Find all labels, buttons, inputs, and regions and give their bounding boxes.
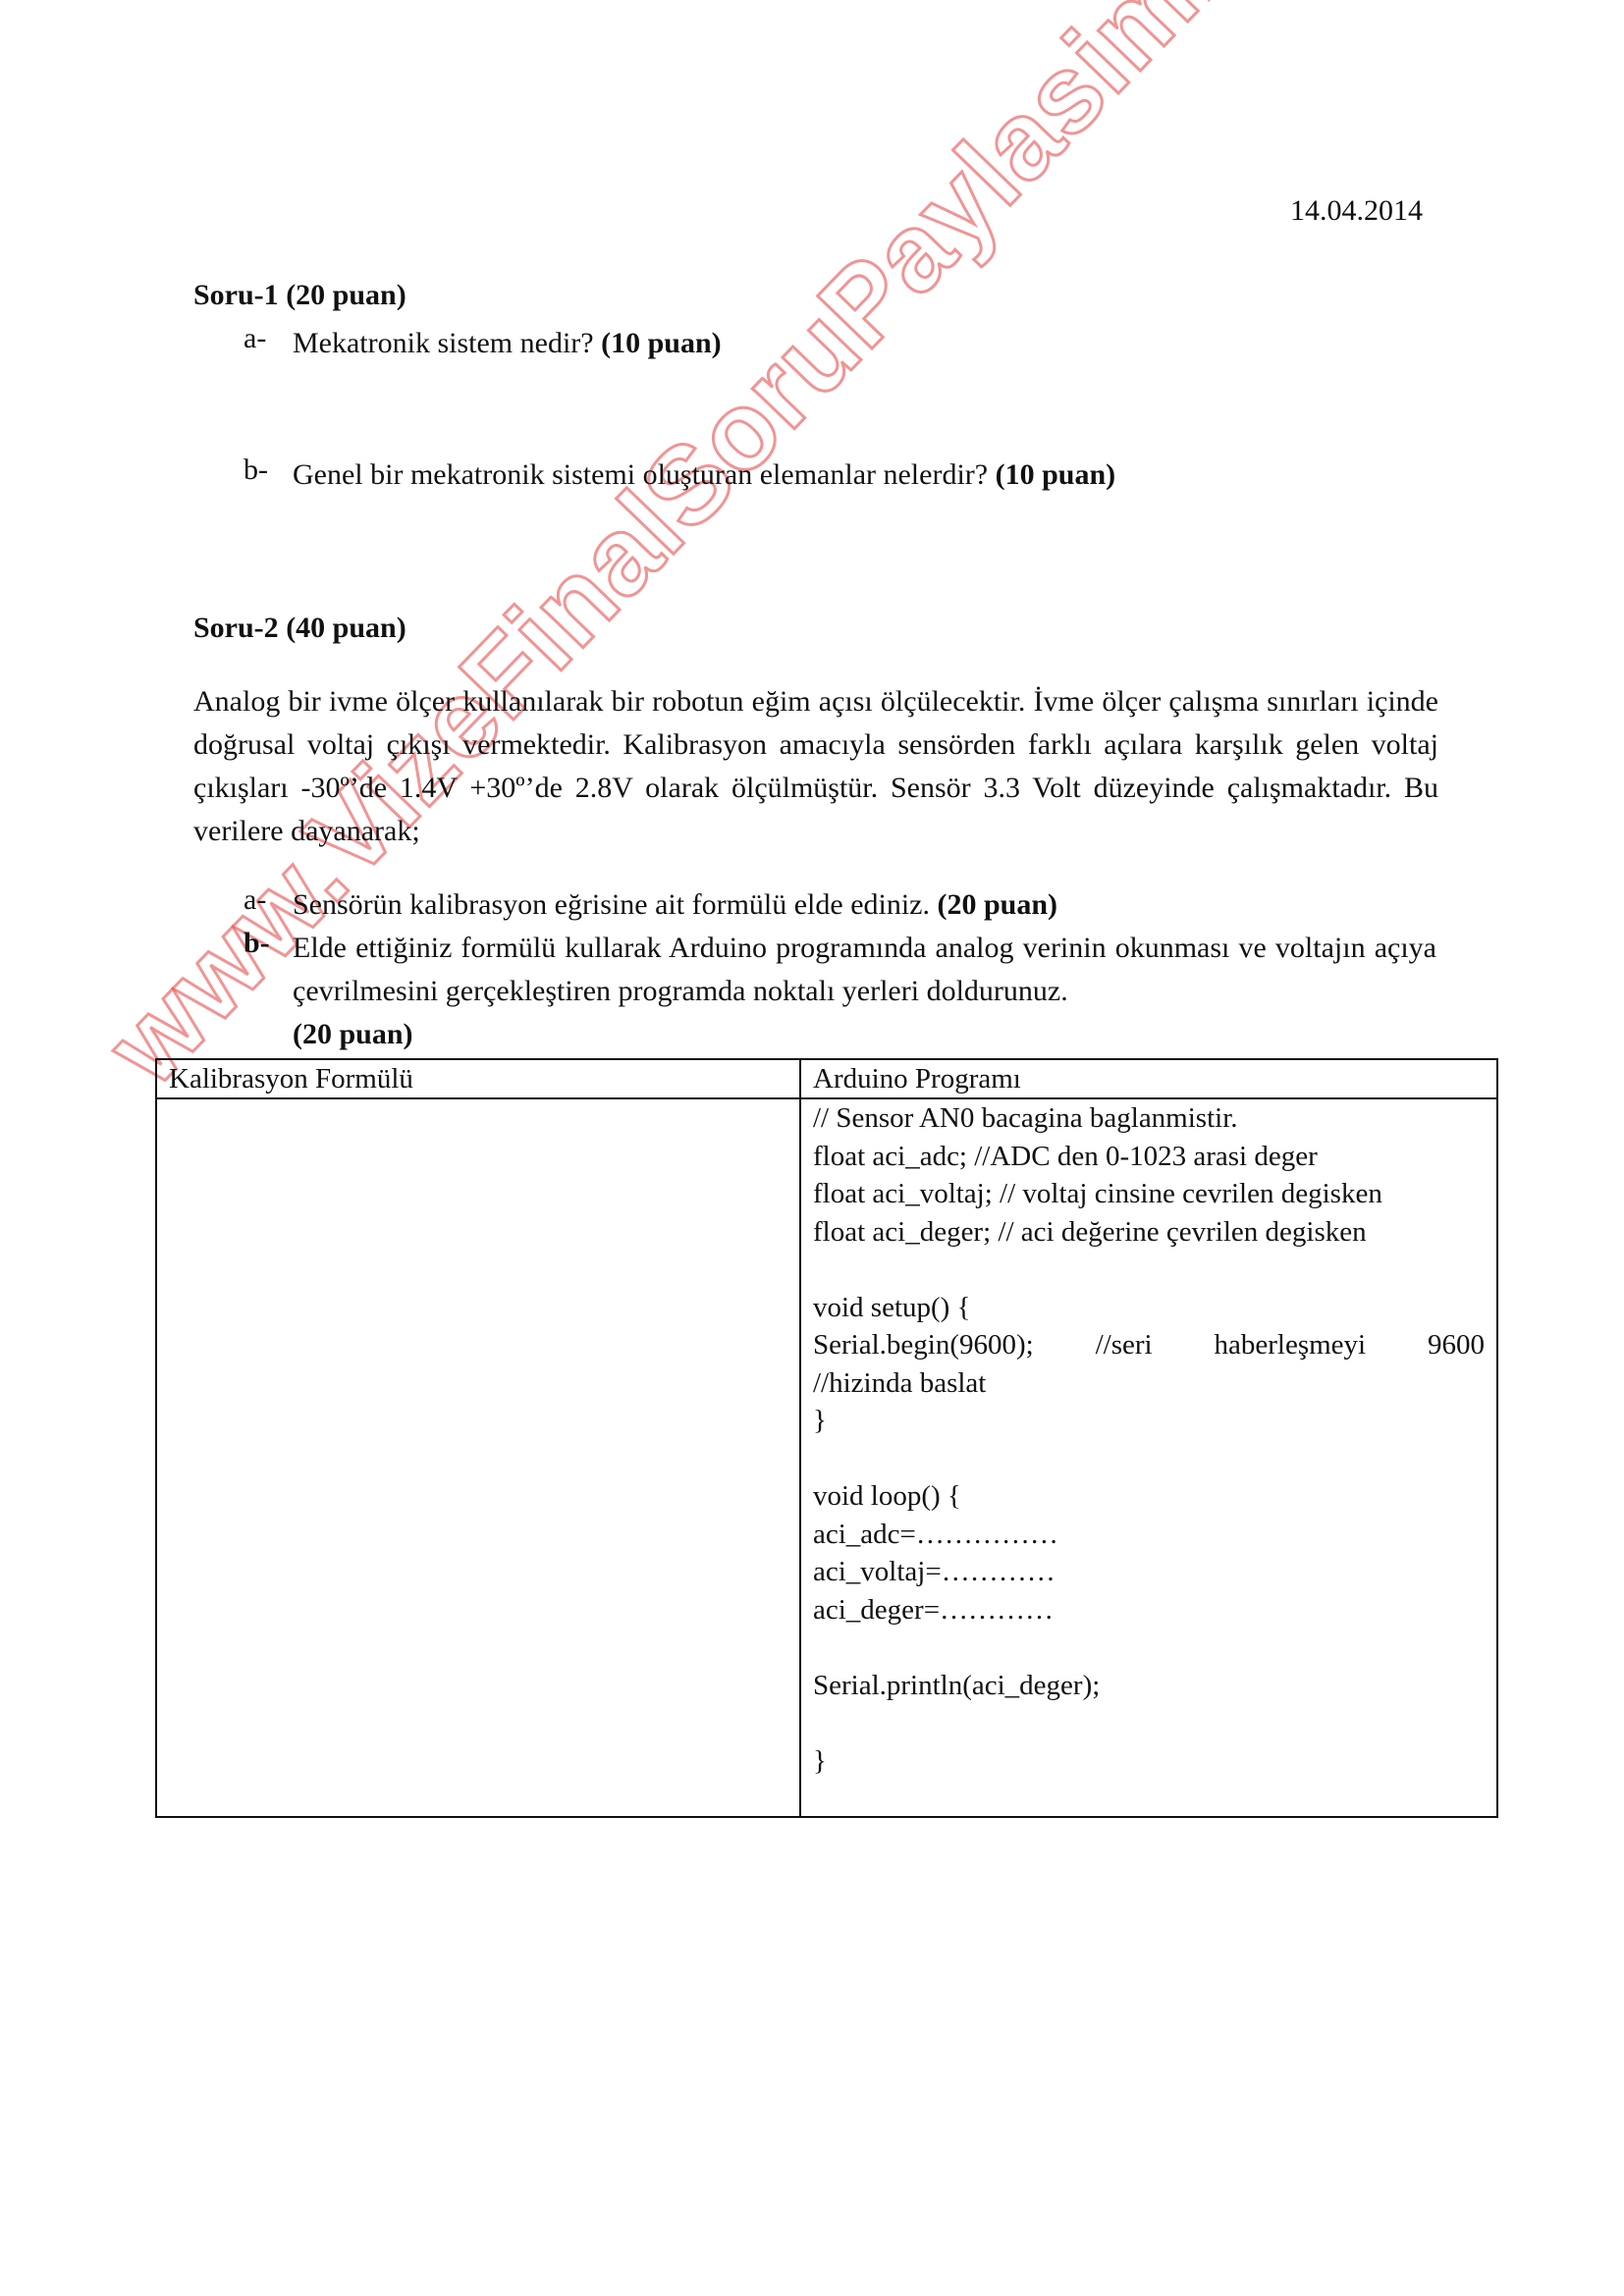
item-label: a-	[244, 322, 293, 355]
item-label: b-	[244, 927, 293, 960]
item-question: Elde ettiğiniz formülü kullarak Arduino …	[293, 932, 1436, 1007]
item-points: (20 puan)	[938, 888, 1058, 921]
arduino-code-cell: // Sensor AN0 bacagina baglanmistir.floa…	[800, 1098, 1497, 1817]
code-line: }	[813, 1742, 1485, 1781]
item-points: (10 puan)	[996, 458, 1116, 491]
code-line	[813, 1704, 1485, 1742]
code-line: // Sensor AN0 bacagina baglanmistir.	[813, 1099, 1485, 1138]
question-1-points: (20 puan)	[286, 279, 406, 311]
code-line: Serial.println(aci_deger);	[813, 1667, 1485, 1705]
item-points: (10 puan)	[601, 327, 722, 359]
code-line: float aci_voltaj; // voltaj cinsine cevr…	[813, 1175, 1485, 1213]
question-2a: a- Sensörün kalibrasyon eğrisine ait for…	[244, 883, 1436, 917]
code-line: void setup() {	[813, 1289, 1485, 1327]
exam-date: 14.04.2014	[1290, 194, 1423, 228]
fill-in-blank-line: aci_deger=…………	[813, 1591, 1485, 1629]
question-2-label: Soru-2	[193, 612, 279, 644]
question-1-title: Soru-1 (20 puan)	[193, 279, 406, 312]
item-label: a-	[244, 883, 293, 917]
item-text: Sensörün kalibrasyon eğrisine ait formül…	[293, 883, 1436, 927]
code-line: float aci_adc; //ADC den 0-1023 arasi de…	[813, 1138, 1485, 1176]
code-line: //hizinda baslat	[813, 1364, 1485, 1403]
code-line: Serial.begin(9600); //seri haberleşmeyi …	[813, 1326, 1485, 1364]
question-1b: b- Genel bir mekatronik sistemi oluştura…	[244, 454, 1436, 487]
code-line	[813, 1440, 1485, 1478]
question-1-label: Soru-1	[193, 279, 279, 311]
item-text: Elde ettiğiniz formülü kullarak Arduino …	[293, 927, 1436, 1056]
question-1a: a- Mekatronik sistem nedir? (10 puan)	[244, 322, 1436, 355]
code-line	[813, 1629, 1485, 1667]
item-text: Genel bir mekatronik sistemi oluşturan e…	[293, 454, 1436, 497]
code-line: void loop() {	[813, 1477, 1485, 1516]
item-question: Sensörün kalibrasyon eğrisine ait formül…	[293, 888, 938, 921]
header-calibration-formula: Kalibrasyon Formülü	[156, 1059, 800, 1098]
item-question: Mekatronik sistem nedir?	[293, 327, 601, 359]
item-question: Genel bir mekatronik sistemi oluşturan e…	[293, 458, 996, 491]
question-2-paragraph: Analog bir ivme ölçer kullanılarak bir r…	[193, 680, 1438, 853]
question-2b: b- Elde ettiğiniz formülü kullarak Ardui…	[244, 927, 1436, 960]
question-2-title: Soru-2 (40 puan)	[193, 612, 406, 645]
fill-in-blank-line: aci_adc=……………	[813, 1516, 1485, 1554]
item-points: (20 puan)	[293, 1018, 413, 1050]
header-arduino-program: Arduino Programı	[800, 1059, 1497, 1098]
code-line: float aci_deger; // aci değerine çevrile…	[813, 1213, 1485, 1252]
question-2-points: (40 puan)	[286, 612, 406, 644]
formula-answer-cell[interactable]	[156, 1098, 800, 1817]
item-label: b-	[244, 454, 293, 487]
code-line	[813, 1251, 1485, 1289]
item-text: Mekatronik sistem nedir? (10 puan)	[293, 322, 1436, 365]
fill-in-blank-line: aci_voltaj=…………	[813, 1553, 1485, 1591]
answer-table: Kalibrasyon Formülü Arduino Programı // …	[155, 1058, 1498, 1818]
code-line: }	[813, 1402, 1485, 1440]
